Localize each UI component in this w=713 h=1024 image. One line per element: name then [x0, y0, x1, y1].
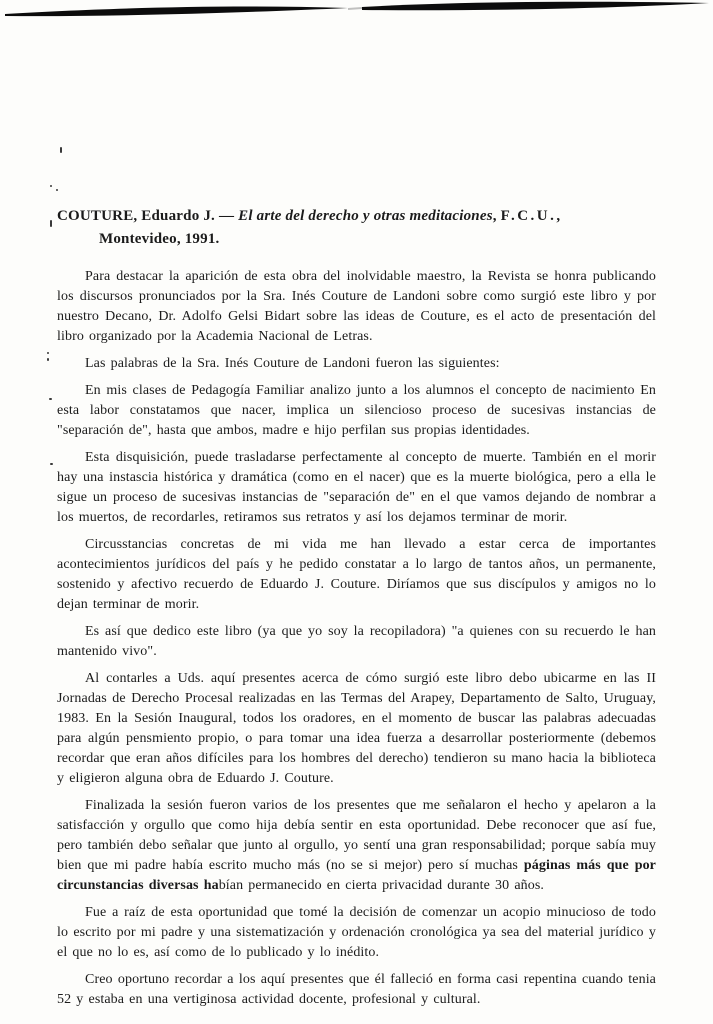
paragraph-text: Para destacar la aparición de esta obra …	[57, 269, 656, 344]
paragraph-text: Es así que dedico este libro (ya que yo …	[57, 624, 656, 659]
heading-emphasis: ,	[493, 208, 501, 224]
paragraph: Finalizada la sesión fueron varios de lo…	[57, 796, 656, 896]
paragraph-text: Fue a raíz de esta oportunidad que tomé …	[57, 905, 656, 960]
document-heading: COUTURE, Eduardo J. — El arte del derech…	[57, 205, 656, 251]
heading-line2: Montevideo, 1991.	[99, 228, 656, 251]
heading-emphasis: COUTURE, Eduardo J. —	[57, 208, 238, 224]
scan-speck	[50, 463, 53, 465]
paragraph: En mis clases de Pedagogía Familiar anal…	[57, 381, 656, 441]
paragraph: Esta disquisición, puede trasladarse per…	[57, 448, 656, 528]
scanned-document-page: COUTURE, Eduardo J. — El arte del derech…	[0, 0, 713, 1024]
scan-speck	[50, 185, 52, 187]
paragraph: Creo oportuno recordar a los aquí presen…	[57, 970, 656, 1010]
heading-emphasis: ,	[556, 208, 560, 224]
paragraph-text: En mis clases de Pedagogía Familiar anal…	[57, 383, 656, 438]
scan-speck	[47, 352, 49, 354]
heading-line1: COUTURE, Eduardo J. — El arte del derech…	[57, 208, 560, 224]
paragraph: Circusstancias concretas de mi vida me h…	[57, 535, 656, 615]
paragraph: Al contarles a Uds. aquí presentes acerc…	[57, 669, 656, 789]
paragraph-text: Al contarles a Uds. aquí presentes acerc…	[57, 671, 656, 786]
text-block: COUTURE, Eduardo J. — El arte del derech…	[57, 205, 656, 1017]
document-body: Para destacar la aparición de esta obra …	[57, 267, 656, 1010]
paragraph: Fue a raíz de esta oportunidad que tomé …	[57, 903, 656, 963]
paragraph-text: Creo oportuno recordar a los aquí presen…	[57, 972, 656, 1007]
scan-speck	[49, 398, 52, 400]
scan-speck	[47, 358, 49, 361]
paragraph-text: Las palabras de la Sra. Inés Couture de …	[85, 356, 500, 371]
paragraph-text: Esta disquisición, puede trasladarse per…	[57, 450, 656, 525]
paragraph-text: bían permanecido en cierta privacidad du…	[219, 878, 544, 893]
heading-emphasis: El arte del derecho y otras meditaciones	[238, 208, 493, 224]
paragraph: Para destacar la aparición de esta obra …	[57, 267, 656, 347]
paragraph: Las palabras de la Sra. Inés Couture de …	[57, 354, 656, 374]
scan-speck	[50, 220, 52, 227]
scan-speck	[56, 189, 58, 191]
paragraph: Es así que dedico este libro (ya que yo …	[57, 622, 656, 662]
heading-emphasis: F.C.U.	[501, 208, 557, 224]
scan-speck	[60, 147, 62, 153]
top-edge-ink-streak	[0, 0, 713, 26]
paragraph-text: Circusstancias concretas de mi vida me h…	[57, 537, 656, 612]
